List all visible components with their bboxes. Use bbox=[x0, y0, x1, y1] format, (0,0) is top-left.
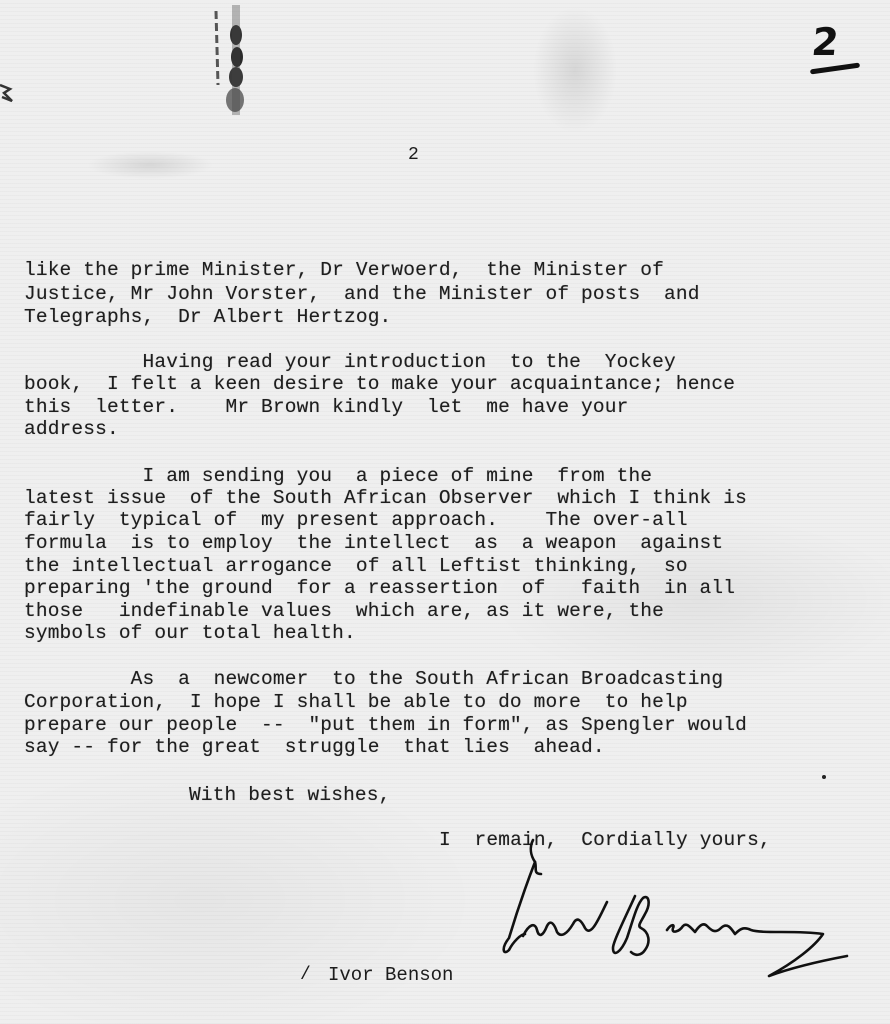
body-line: Having read your introduction to the Yoc… bbox=[24, 351, 676, 373]
body-line: address. bbox=[24, 418, 119, 440]
body-line: I am sending you a piece of mine from th… bbox=[24, 465, 652, 487]
handwritten-underline bbox=[810, 63, 860, 75]
salutation: With best wishes, bbox=[189, 784, 390, 806]
body-line: like the prime Minister, Dr Verwoerd, th… bbox=[24, 259, 664, 281]
body-line: the intellectual arrogance of all Leftis… bbox=[24, 555, 688, 577]
body-line: prepare our people -- "put them in form"… bbox=[24, 714, 747, 736]
body-line: symbols of our total health. bbox=[24, 622, 356, 644]
body-line: those indefinable values which are, as i… bbox=[24, 600, 664, 622]
ink-smudge bbox=[212, 5, 252, 115]
body-line: preparing 'the ground for a reassertion … bbox=[24, 577, 735, 599]
handwritten-page-number: 2 bbox=[810, 20, 841, 64]
body-line: formula is to employ the intellect as a … bbox=[24, 532, 723, 554]
handwritten-signature: Ivor Benson (handwritten signature) bbox=[495, 838, 855, 988]
typed-signatory-name: Ivor Benson bbox=[328, 964, 453, 986]
body-line: Telegraphs, Dr Albert Hertzog. bbox=[24, 306, 391, 328]
body-line: Corporation, I hope I shall be able to d… bbox=[24, 691, 688, 713]
body-line: book, I felt a keen desire to make your … bbox=[24, 373, 735, 395]
ink-speck bbox=[822, 775, 826, 779]
body-line: latest issue of the South African Observ… bbox=[24, 487, 747, 509]
letter-page: 2 2 like the prime Minister, Dr Verwoerd… bbox=[0, 0, 890, 1024]
body-line: say -- for the great struggle that lies … bbox=[24, 736, 605, 758]
body-line: As a newcomer to the South African Broad… bbox=[24, 668, 723, 690]
body-line: fairly typical of my present approach. T… bbox=[24, 509, 688, 531]
body-line: Justice, Mr John Vorster, and the Minist… bbox=[24, 283, 700, 305]
body-line: this letter. Mr Brown kindly let me have… bbox=[24, 396, 628, 418]
typed-page-number: 2 bbox=[408, 145, 419, 165]
edge-smudge-mark bbox=[0, 75, 16, 111]
typed-slash-mark: / bbox=[300, 965, 311, 985]
